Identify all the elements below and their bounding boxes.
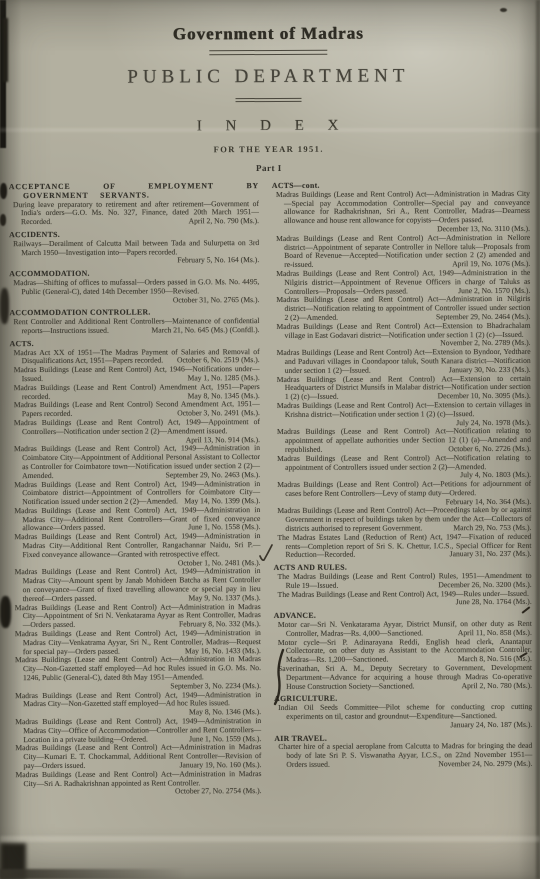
index-entry: Madras Buildings (Lease and Rent Control… (11, 655, 261, 691)
index-entry: Madras Buildings (Lease and Rent Control… (273, 427, 531, 455)
entry-ref: April 2, No. 790 (Ms.). (183, 217, 259, 226)
page-content: Government of Madras PUBLIC DEPARTMENT I… (0, 0, 540, 879)
entry-ref: September 29, No. 2463 (Ms.). (160, 471, 261, 480)
index-entry: Madras Buildings (Lease and Rent Control… (11, 568, 261, 604)
entry-text: Madras Buildings (Lease and Rent Control… (15, 655, 261, 682)
entry-ref: January 24, No. 187 (Ms.). (444, 721, 532, 730)
entry-ref: March 29, No. 753 (Ms.). (447, 524, 531, 533)
entry-text: Indian Oil Seeds Committee—Pilot scheme … (278, 703, 532, 721)
entry-ref: June 28, No. 1764 (Ms.). (450, 598, 532, 607)
entry-ref: April 13, No. 914 (Ms.). (180, 436, 260, 445)
index-entry: Madras Buildings (Lease and Rent Control… (11, 603, 261, 630)
index-columns: ACCEPTANCE OF EMPLOYMENT BY GOVERNMENT S… (9, 181, 533, 797)
entry-ref: March 21, No. 645 (Ms.) (Confdl.). (146, 326, 260, 335)
entry-ref: December 13, No. 3110 (Ms.). (431, 225, 530, 234)
divider-rule (209, 50, 327, 55)
department-title: PUBLIC DEPARTMENT (0, 64, 538, 88)
index-entry: Madras Buildings (Lease and Rent Control… (11, 691, 261, 718)
section-heading: ACCEPTANCE OF EMPLOYMENT BY GOVERNMENT S… (9, 182, 259, 201)
entry-text: Madras Buildings (Lease and Rent Control… (14, 532, 260, 559)
entry-ref: September 3, No. 2234 (Ms.). (164, 682, 261, 691)
index-entry: Madras Buildings (Lease and Rent Control… (10, 444, 260, 480)
index-entry: Madras Buildings (Lease and Rent Control… (273, 374, 531, 402)
entry-ref: October 6, No. 2519 (Ms.). (171, 356, 260, 365)
index-entry: The Madras Buildings (Lease and Rent Con… (274, 572, 532, 591)
year-subtitle: FOR THE YEAR 1951. (0, 143, 539, 155)
index-entry: During leave preparatory to retirement a… (9, 200, 259, 227)
index-entry: Saverinathan, Sri A. M., Deputy Secretar… (274, 664, 532, 692)
index-entry: Motor car—Sri N. Venkatarama Ayyar, Dist… (274, 620, 532, 639)
index-entry: Madras Buildings (Lease and Rent Control… (273, 480, 531, 508)
entry-text: Madras Buildings (Lease and Rent Control… (276, 322, 530, 340)
entry-ref: April 2, No. 780 (Ms.). (456, 681, 532, 690)
index-entry: Madras Buildings (Lease and Rent Control… (10, 418, 260, 445)
left-column: ACCEPTANCE OF EMPLOYMENT BY GOVERNMENT S… (9, 182, 262, 797)
entry-ref: March 8, No. 516 (Ms.). (452, 655, 532, 664)
entry-ref: January 31, No. 237 (Ms.). (444, 550, 532, 559)
entry-ref: July 4, No. 1803 (Ms.). (454, 471, 531, 480)
index-entry: The Madras Estates Land (Reduction of Re… (273, 533, 531, 561)
entry-text: Railways—Derailment of Calcutta Mail bet… (13, 239, 259, 257)
entry-ref: July 24, No. 1978 (Ms.). (450, 418, 531, 427)
government-title: Government of Madras (0, 23, 538, 45)
index-entry: Madras Buildings (Lease and Rent Control… (11, 629, 261, 656)
index-entry: Madras Buildings (Lease and Rent Control… (10, 400, 260, 419)
document-page: Government of Madras PUBLIC DEPARTMENT I… (0, 0, 540, 879)
index-entry: Rent Controller and Additional Rent Cont… (9, 317, 259, 336)
entry-ref: October 27, No. 2754 (Ms.). (169, 787, 262, 796)
entry-ref: December 10, No. 3095 (Ms.). (432, 392, 531, 401)
index-entry: Madras Buildings (Lease and Rent Control… (272, 269, 530, 297)
entry-ref: May 1, No. 1285 (Ms.). (182, 374, 260, 383)
entry-text: Madras Buildings (Lease and Rent Control… (14, 418, 260, 436)
entry-ref: February 14, No. 364 (Ms.). (440, 498, 532, 507)
entry-ref: January 19, No. 160 (Ms.). (174, 761, 262, 770)
page-title: I N D E X (0, 117, 539, 136)
index-entry: Madras Buildings (Lease and Rent Control… (11, 770, 261, 797)
entry-text: Madras—Shifting of offices to mufassal—O… (13, 278, 259, 296)
entry-text: Madras Buildings (Lease and Rent Control… (276, 190, 530, 225)
entry-ref: May 14, No. 1399 (Ms.). (178, 497, 260, 506)
entry-ref: April 11, No. 858 (Ms.). (452, 629, 532, 638)
index-entry: Madras Buildings (Lease and Rent Control… (10, 365, 260, 384)
index-entry: Indian Oil Seeds Committee—Pilot scheme … (274, 703, 532, 731)
index-entry: Madras Buildings (Lease and Rent Control… (10, 506, 260, 533)
entry-ref: February 8, No. 332 (Ms.). (173, 620, 261, 629)
right-column: ACTS—cont.Madras Buildings (Lease and Re… (272, 181, 533, 796)
index-entry: Railways—Derailment of Calcutta Mail bet… (9, 239, 259, 266)
index-entry: Madras Buildings (Lease and Rent Control… (10, 383, 260, 402)
entry-text: Madras Buildings (Lease and Rent Control… (277, 454, 531, 472)
index-entry: Madras—Shifting of offices to mufassal—O… (9, 278, 259, 305)
entry-ref: October 31, No. 2765 (Ms.). (167, 296, 260, 305)
index-entry: Madras Buildings (Lease and Rent Control… (272, 234, 530, 270)
index-entry: Madras Buildings (Lease and Rent Control… (273, 454, 531, 482)
entry-ref: January 30, No. 233 (Ms.). (443, 366, 531, 375)
entry-ref: February 5, No. 164 (Ms.). (171, 256, 259, 265)
entry-ref: October 3, No. 2491 (Ms.). (171, 409, 260, 418)
entry-ref: May 8, No. 1345 (Ms.). (182, 392, 260, 401)
entry-ref: June 1, No. 1559 (Ms.). (183, 735, 261, 744)
index-entry: Madras Buildings (Lease and Rent Control… (10, 532, 260, 568)
entry-text: Madras Buildings (Lease and Rent Control… (277, 401, 531, 419)
entry-ref: September 29, No. 2464 (Ms.). (430, 313, 531, 322)
index-entry: Madras Buildings (Lease and Rent Control… (273, 506, 531, 534)
index-entry: Madras Buildings (Lease and Rent Control… (272, 295, 530, 323)
entry-ref: June 2, No. 1570 (Ms.). (452, 286, 530, 295)
index-entry: Madras Buildings (Lease and Rent Control… (10, 480, 260, 507)
entry-ref: May 8, No. 1346 (Ms.). (183, 708, 261, 717)
entry-text: The Madras Buildings (Lease and Rent Con… (278, 590, 529, 599)
index-entry: Madras Buildings (Lease and Rent Control… (272, 322, 530, 350)
index-entry: Madras Act XX of 1951—The Madras Payment… (10, 348, 260, 367)
entry-ref: April 19, No. 1076 (Ms.). (446, 260, 530, 269)
entry-ref: December 26, No. 3200 (Ms.). (432, 581, 531, 590)
entry-ref: October 1, No. 2481 (Ms.). (172, 559, 261, 568)
entry-ref: June 1, No. 1558 (Ms.). (182, 524, 260, 533)
entry-text: Madras Buildings (Lease and Rent Control… (15, 691, 261, 709)
entry-text: Madras Buildings (Lease and Rent Control… (15, 770, 261, 788)
entry-ref: October 6, No. 2726 (Ms.). (442, 445, 531, 454)
index-entry: Madras Buildings (Lease and Rent Control… (273, 401, 531, 429)
index-entry: Motor cycle—Sri P. Adinarayana Reddi, En… (274, 637, 532, 665)
entry-ref: November 2, No. 2789 (Ms.). (434, 339, 530, 348)
entry-ref: May 9, No. 1337 (Ms.). (183, 594, 261, 603)
index-entry: Charter hire of a special aeroplane from… (274, 742, 532, 770)
index-entry: Madras Buildings (Lease and Rent Control… (273, 348, 531, 376)
index-entry: Madras Buildings (Lease and Rent Control… (11, 743, 261, 770)
index-entry: Madras Buildings (Lease and Rent Control… (272, 190, 530, 235)
index-entry: The Madras Buildings (Lease and Rent Con… (274, 590, 532, 609)
index-entry: Madras Buildings (Lease and Rent Control… (11, 717, 261, 744)
entry-text: Madras Buildings (Lease and Rent Control… (277, 480, 531, 498)
part-label: Part I (0, 162, 539, 174)
divider-rule (236, 97, 302, 102)
document-header: Government of Madras PUBLIC DEPARTMENT I… (0, 0, 539, 174)
entry-ref: May 16, No. 1433 (Ms.). (179, 647, 261, 656)
entry-ref: November 24, No. 2979 (Ms.). (432, 760, 532, 769)
